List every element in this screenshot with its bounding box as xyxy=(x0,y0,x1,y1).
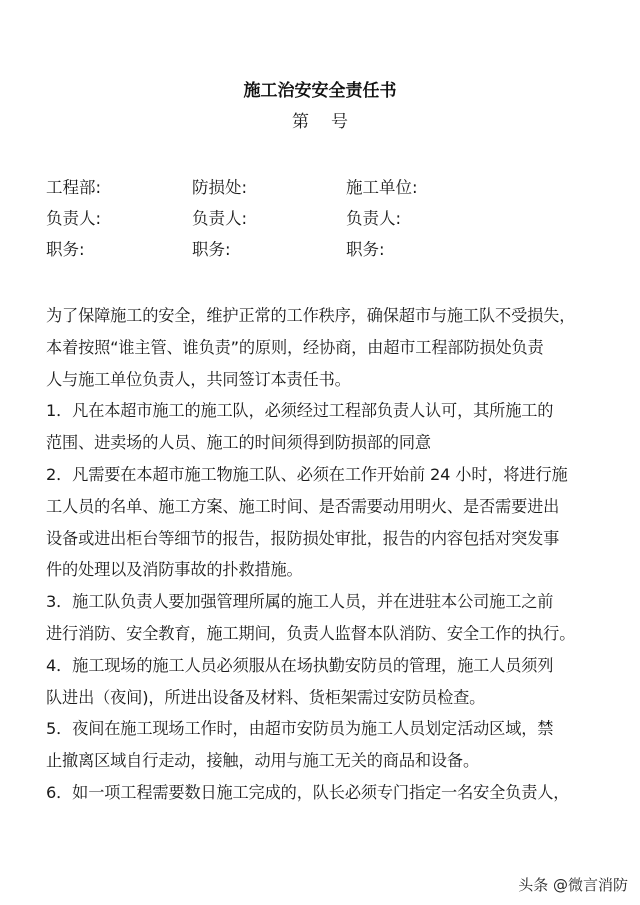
field-row-department: 工程部: 防损处: 施工单位: xyxy=(46,174,606,205)
clause-4-line: 队进出（夜间)，所进出设备及材料、货柜架需过安防员检查。 xyxy=(46,682,606,714)
clause-6-line: 6．如一项工程需要数日施工完成的，队长必须专门指定一名安全负责人， xyxy=(46,777,606,809)
clause-1-line: 范围、进卖场的人员、施工的时间须得到防损部的同意 xyxy=(46,427,606,459)
signatory-fields: 工程部: 防损处: 施工单位: 负责人: 负责人: 负责人: 职务: 职务: 职… xyxy=(46,174,606,267)
field-engineering-dept: 工程部: xyxy=(46,174,101,198)
field-person-in-charge: 负责人: xyxy=(346,205,401,229)
clause-4-line: 4．施工现场的施工人员必须服从在场执勤安防员的管理，施工人员须列 xyxy=(46,650,606,682)
field-row-person-in-charge: 负责人: 负责人: 负责人: xyxy=(46,205,606,236)
document-title: 施工治安安全责任书 xyxy=(0,76,640,101)
clause-2-line: 2．凡需要在本超市施工物施工队、必须在工作开始前 24 小时，将进行施 xyxy=(46,459,606,491)
document-number: 第号 xyxy=(0,107,640,132)
field-person-in-charge: 负责人: xyxy=(192,205,247,229)
clause-2-line: 件的处理以及消防事故的扑救措施。 xyxy=(46,554,606,586)
field-position: 职务: xyxy=(346,236,385,260)
clause-2-line: 工人员的名单、施工方案、施工时间、是否需要动用明火、是否需要进出 xyxy=(46,491,606,523)
field-position: 职务: xyxy=(192,236,231,260)
clause-3-line: 3．施工队负责人要加强管理所属的施工人员，并在进驻本公司施工之前 xyxy=(46,586,606,618)
clause-2-line: 设备或进出柜台等细节的报告，报防损处审批，报告的内容包括对突发事 xyxy=(46,523,606,555)
body-line: 人与施工单位负责人，共同签订本责任书。 xyxy=(46,364,606,396)
field-position: 职务: xyxy=(46,236,85,260)
number-prefix: 第 xyxy=(292,112,309,132)
field-person-in-charge: 负责人: xyxy=(46,205,101,229)
field-construction-unit: 施工单位: xyxy=(346,174,418,198)
body-line: 本着按照“谁主管、谁负责”的原则，经协商，由超市工程部防损处负责 xyxy=(46,332,606,364)
clause-5-line: 止撤离区域自行走动，接触，动用与施工无关的商品和设备。 xyxy=(46,745,606,777)
number-suffix: 号 xyxy=(331,112,348,132)
watermark: 头条 @微言消防 xyxy=(518,874,628,895)
clause-1-line: 1．凡在本超市施工的施工队，必须经过工程部负责人认可，其所施工的 xyxy=(46,395,606,427)
document-body: 为了保障施工的安全，维护正常的工作秩序，确保超市与施工队不受损失， 本着按照“谁… xyxy=(46,300,606,809)
body-line: 为了保障施工的安全，维护正常的工作秩序，确保超市与施工队不受损失， xyxy=(46,300,606,332)
clause-3-line: 进行消防、安全教育，施工期间，负责人监督本队消防、安全工作的执行。 xyxy=(46,618,606,650)
clause-5-line: 5．夜间在施工现场工作时，由超市安防员为施工人员划定活动区域，禁 xyxy=(46,713,606,745)
field-loss-prevention: 防损处: xyxy=(192,174,247,198)
field-row-position: 职务: 职务: 职务: xyxy=(46,236,606,267)
